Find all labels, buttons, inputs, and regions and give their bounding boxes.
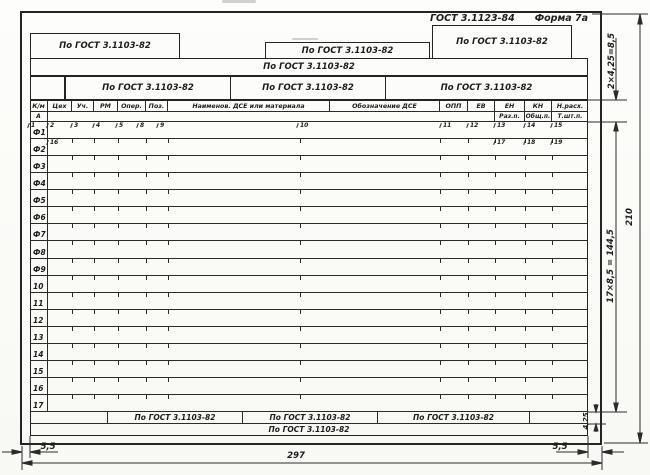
column-tick bbox=[525, 378, 526, 382]
gost-ref-box-bottom-2: По ГОСТ 3.1103-82 bbox=[243, 412, 378, 423]
column-tick bbox=[468, 207, 469, 211]
column-tick bbox=[168, 224, 169, 228]
row-label: Ф7 bbox=[33, 231, 46, 239]
graph-number: 2 bbox=[50, 123, 54, 129]
table-row: Ф4 bbox=[30, 173, 588, 190]
column-tick bbox=[94, 173, 95, 177]
row-label-cell: Ф7 bbox=[30, 224, 48, 240]
column-tick bbox=[495, 241, 496, 245]
column-tick bbox=[118, 156, 119, 160]
column-tick bbox=[468, 139, 469, 143]
column-tick bbox=[525, 224, 526, 228]
column-tick bbox=[94, 327, 95, 331]
column-tick bbox=[146, 378, 147, 382]
column-tick bbox=[440, 310, 441, 314]
row-label: 17 bbox=[33, 402, 43, 410]
graph-number: 12 bbox=[470, 123, 478, 129]
footer-gost-row-1: По ГОСТ 3.1103-82 По ГОСТ 3.1103-82 По Г… bbox=[30, 412, 588, 424]
column-tick bbox=[168, 139, 169, 143]
graph-number: 9 bbox=[160, 123, 164, 129]
column-tick bbox=[440, 276, 441, 280]
column-tick bbox=[118, 395, 119, 399]
gost-ref-box-bottom-3: По ГОСТ 3.1103-82 bbox=[378, 412, 530, 423]
row-label: Ф1 bbox=[33, 129, 46, 137]
row-label: 16 bbox=[33, 385, 43, 393]
column-tick bbox=[72, 259, 73, 263]
column-tick bbox=[146, 327, 147, 331]
graph-number: 3 bbox=[74, 123, 78, 129]
column-tick bbox=[118, 241, 119, 245]
column-tick bbox=[94, 139, 95, 143]
column-tick bbox=[300, 378, 301, 382]
subheader-spacer bbox=[48, 112, 495, 121]
graph-number: 15 bbox=[554, 123, 562, 129]
graph-number: 10 bbox=[300, 123, 308, 129]
column-tick bbox=[525, 361, 526, 365]
column-tick bbox=[118, 276, 119, 280]
row-label-cell: Ф2 bbox=[30, 139, 48, 155]
col-header-naimenov: Наименов. ДСЕ или материала bbox=[168, 101, 330, 111]
gost-ref-box-bottom-full: По ГОСТ 3.1103-82 bbox=[269, 425, 350, 434]
column-tick bbox=[72, 344, 73, 348]
column-tick bbox=[552, 361, 553, 365]
column-tick bbox=[468, 173, 469, 177]
column-tick bbox=[495, 190, 496, 194]
table-row: 14 bbox=[30, 344, 588, 361]
column-tick bbox=[94, 361, 95, 365]
column-tick bbox=[72, 156, 73, 160]
row-label: 12 bbox=[33, 317, 43, 325]
column-tick bbox=[468, 378, 469, 382]
column-tick bbox=[72, 395, 73, 399]
dim-margin-right: 5,5 bbox=[548, 442, 572, 452]
dim-sheet-height: 210 bbox=[625, 201, 635, 233]
column-tick bbox=[552, 310, 553, 314]
table-row: 15 bbox=[30, 361, 588, 378]
subcol-obshp: Общ.п. bbox=[525, 112, 552, 121]
column-tick bbox=[525, 310, 526, 314]
service-row-label: А bbox=[30, 112, 48, 121]
column-tick bbox=[525, 344, 526, 348]
table-row: Ф3 bbox=[30, 156, 588, 173]
table-row: 16 bbox=[30, 378, 588, 395]
row-label: Ф8 bbox=[33, 249, 46, 257]
column-tick bbox=[118, 378, 119, 382]
column-tick bbox=[440, 395, 441, 399]
column-tick bbox=[552, 224, 553, 228]
graph-number: 4 bbox=[96, 123, 100, 129]
table-row: Ф8 bbox=[30, 241, 588, 258]
column-tick bbox=[146, 139, 147, 143]
col-header-en: ЕН bbox=[495, 101, 525, 111]
column-tick bbox=[118, 344, 119, 348]
column-tick bbox=[440, 139, 441, 143]
row-label: 11 bbox=[33, 300, 43, 308]
table-row: 13 bbox=[30, 327, 588, 344]
column-tick bbox=[495, 224, 496, 228]
column-tick bbox=[468, 395, 469, 399]
col-header-km: К/м bbox=[30, 101, 48, 111]
column-tick bbox=[440, 190, 441, 194]
table-row: 17 bbox=[30, 395, 588, 412]
column-tick bbox=[146, 190, 147, 194]
column-tick bbox=[525, 293, 526, 297]
column-tick bbox=[168, 156, 169, 160]
column-tick bbox=[118, 293, 119, 297]
column-tick bbox=[552, 259, 553, 263]
column-tick bbox=[146, 276, 147, 280]
column-tick bbox=[146, 241, 147, 245]
column-tick bbox=[94, 310, 95, 314]
column-tick bbox=[168, 259, 169, 263]
column-tick bbox=[552, 173, 553, 177]
column-tick bbox=[300, 395, 301, 399]
gost-ref-box-bottom-1: По ГОСТ 3.1103-82 bbox=[108, 412, 243, 423]
table-row: Ф9 bbox=[30, 259, 588, 276]
column-tick bbox=[118, 190, 119, 194]
column-tick bbox=[118, 361, 119, 365]
column-tick bbox=[72, 190, 73, 194]
col-header-rm: РМ bbox=[94, 101, 118, 111]
row-label-cell: 15 bbox=[30, 361, 48, 377]
footer-empty-cell-right bbox=[530, 412, 588, 423]
column-tick bbox=[146, 293, 147, 297]
column-tick bbox=[168, 344, 169, 348]
column-tick bbox=[168, 241, 169, 245]
column-tick bbox=[468, 224, 469, 228]
column-tick bbox=[468, 241, 469, 245]
row-label-cell: Ф6 bbox=[30, 207, 48, 223]
scanned-form-sheet: ГОСТ 3.1123-84 Форма 7а По ГОСТ 3.1103-8… bbox=[0, 0, 650, 475]
column-tick bbox=[94, 259, 95, 263]
column-tick bbox=[300, 156, 301, 160]
row-label-cell: Ф9 bbox=[30, 259, 48, 275]
table-row: Ф6 bbox=[30, 207, 588, 224]
form-name: Форма 7а bbox=[535, 13, 588, 24]
column-tick bbox=[495, 259, 496, 263]
gost-ref-box-row3-1: По ГОСТ 3.1103-82 bbox=[65, 76, 231, 100]
gost-ref-box-top-middle: По ГОСТ 3.1103-82 bbox=[265, 42, 430, 59]
gost-ref-box-row2: По ГОСТ 3.1103-82 bbox=[30, 58, 588, 76]
footer-empty-cell-left bbox=[30, 412, 108, 423]
column-tick bbox=[72, 241, 73, 245]
column-tick bbox=[525, 156, 526, 160]
column-tick bbox=[94, 241, 95, 245]
col-header-oboznachenie: Обозначение ДСЕ bbox=[330, 101, 440, 111]
graph-number: 5 bbox=[119, 123, 123, 129]
column-tick bbox=[468, 156, 469, 160]
column-tick bbox=[300, 241, 301, 245]
col-header-oper: Опер. bbox=[118, 101, 146, 111]
column-tick bbox=[72, 378, 73, 382]
gost-ref-box-row3-2: По ГОСТ 3.1103-82 bbox=[230, 76, 386, 100]
column-tick bbox=[300, 310, 301, 314]
column-tick bbox=[552, 327, 553, 331]
column-tick bbox=[440, 241, 441, 245]
column-tick bbox=[440, 344, 441, 348]
column-tick bbox=[118, 327, 119, 331]
row-label: Ф2 bbox=[33, 146, 46, 154]
column-tick bbox=[146, 156, 147, 160]
row-label-cell: 14 bbox=[30, 344, 48, 360]
column-tick bbox=[146, 310, 147, 314]
row-label: Ф6 bbox=[33, 214, 46, 222]
dim-footer-row: 4,25 bbox=[582, 406, 590, 436]
column-tick bbox=[72, 173, 73, 177]
row-label-cell: 11 bbox=[30, 293, 48, 309]
gost-ref-box-row3-3: По ГОСТ 3.1103-82 bbox=[385, 76, 588, 100]
column-tick bbox=[118, 224, 119, 228]
column-tick bbox=[146, 173, 147, 177]
column-tick bbox=[552, 344, 553, 348]
column-tick bbox=[440, 378, 441, 382]
graph-number: 1 bbox=[31, 123, 35, 129]
column-tick bbox=[495, 310, 496, 314]
column-tick bbox=[495, 395, 496, 399]
row-label-cell: Ф3 bbox=[30, 156, 48, 172]
column-tick bbox=[168, 310, 169, 314]
row-label-cell: 12 bbox=[30, 310, 48, 326]
column-tick bbox=[118, 139, 119, 143]
column-tick bbox=[468, 361, 469, 365]
row-label: 13 bbox=[33, 334, 43, 342]
column-tick bbox=[300, 293, 301, 297]
column-tick bbox=[146, 395, 147, 399]
column-tick bbox=[146, 207, 147, 211]
column-tick bbox=[300, 224, 301, 228]
column-tick bbox=[525, 327, 526, 331]
row-label-cell: 16 bbox=[30, 378, 48, 394]
column-tick bbox=[168, 378, 169, 382]
scan-artifact bbox=[292, 38, 318, 40]
column-tick bbox=[72, 207, 73, 211]
column-tick bbox=[525, 276, 526, 280]
column-tick bbox=[94, 344, 95, 348]
dim-header-rows: 2×4,25=8,5 bbox=[607, 21, 617, 101]
column-tick bbox=[300, 344, 301, 348]
column-tick bbox=[495, 344, 496, 348]
column-tick bbox=[552, 378, 553, 382]
graph-number: 16 bbox=[50, 140, 58, 146]
column-tick bbox=[168, 173, 169, 177]
row-label-cell: Ф5 bbox=[30, 190, 48, 206]
column-tick bbox=[552, 241, 553, 245]
column-tick bbox=[72, 361, 73, 365]
column-tick bbox=[440, 156, 441, 160]
column-tick bbox=[118, 310, 119, 314]
column-tick bbox=[300, 259, 301, 263]
column-tick bbox=[468, 190, 469, 194]
column-tick bbox=[468, 259, 469, 263]
column-tick bbox=[168, 207, 169, 211]
column-tick bbox=[300, 327, 301, 331]
column-tick bbox=[118, 259, 119, 263]
graph-number: 19 bbox=[554, 140, 562, 146]
table-row: 11 bbox=[30, 293, 588, 310]
column-tick bbox=[552, 395, 553, 399]
subcol-tshtp: Т.шт.п. bbox=[552, 112, 588, 121]
column-tick bbox=[168, 327, 169, 331]
dim-body-rows: 17×8,5 = 144,5 bbox=[606, 219, 616, 313]
row-label-cell: 17 bbox=[30, 395, 48, 411]
col-header-ev: ЕВ bbox=[468, 101, 495, 111]
gost-ref-box-top-left: По ГОСТ 3.1103-82 bbox=[30, 33, 180, 59]
column-tick bbox=[525, 207, 526, 211]
col-header-ceh: Цех bbox=[48, 101, 72, 111]
column-tick bbox=[300, 139, 301, 143]
column-tick bbox=[300, 361, 301, 365]
column-tick bbox=[495, 207, 496, 211]
row-label: 15 bbox=[33, 368, 43, 376]
row-label-cell: Ф8 bbox=[30, 241, 48, 257]
column-tick bbox=[440, 293, 441, 297]
table-body: Ф1Ф2Ф3Ф4Ф5Ф6Ф7Ф8Ф91011121314151617 bbox=[30, 122, 588, 412]
column-tick bbox=[525, 395, 526, 399]
graph-number: 13 bbox=[497, 123, 505, 129]
column-tick bbox=[300, 190, 301, 194]
graph-number: 14 bbox=[527, 123, 535, 129]
column-tick bbox=[94, 293, 95, 297]
column-tick bbox=[468, 327, 469, 331]
subcol-razp: Раз.п. bbox=[495, 112, 525, 121]
column-tick bbox=[168, 395, 169, 399]
column-tick bbox=[72, 310, 73, 314]
col-header-nrash: Н.расх. bbox=[552, 101, 588, 111]
column-tick bbox=[552, 190, 553, 194]
column-tick bbox=[495, 293, 496, 297]
column-tick bbox=[552, 156, 553, 160]
column-tick bbox=[495, 173, 496, 177]
column-tick bbox=[525, 241, 526, 245]
column-tick bbox=[495, 156, 496, 160]
column-tick bbox=[495, 361, 496, 365]
form-title-bar: ГОСТ 3.1123-84 Форма 7а bbox=[430, 12, 588, 25]
row-label: Ф3 bbox=[33, 163, 46, 171]
column-tick bbox=[440, 361, 441, 365]
column-tick bbox=[94, 207, 95, 211]
table-row: 12 bbox=[30, 310, 588, 327]
gost-ref-box-top-right: По ГОСТ 3.1103-82 bbox=[432, 25, 572, 59]
column-tick bbox=[94, 395, 95, 399]
column-tick bbox=[94, 378, 95, 382]
column-tick bbox=[168, 276, 169, 280]
row-label-cell: 13 bbox=[30, 327, 48, 343]
column-tick bbox=[72, 327, 73, 331]
column-tick bbox=[468, 293, 469, 297]
row-label-cell: Ф4 bbox=[30, 173, 48, 189]
column-tick bbox=[94, 156, 95, 160]
graph-number: 11 bbox=[443, 123, 451, 129]
column-tick bbox=[440, 224, 441, 228]
column-tick bbox=[552, 276, 553, 280]
column-tick bbox=[72, 224, 73, 228]
column-tick bbox=[468, 310, 469, 314]
col-header-uch: Уч. bbox=[72, 101, 94, 111]
col-header-kn: КН bbox=[525, 101, 552, 111]
column-tick bbox=[146, 361, 147, 365]
column-tick bbox=[440, 327, 441, 331]
col-header-opp: ОПП bbox=[440, 101, 468, 111]
column-tick bbox=[118, 173, 119, 177]
column-tick bbox=[146, 224, 147, 228]
column-tick bbox=[94, 190, 95, 194]
dim-sheet-width: 297 bbox=[278, 451, 314, 461]
column-tick bbox=[495, 327, 496, 331]
scan-artifact bbox=[222, 0, 256, 3]
column-tick bbox=[552, 207, 553, 211]
column-tick bbox=[440, 207, 441, 211]
column-tick bbox=[300, 276, 301, 280]
column-tick bbox=[468, 276, 469, 280]
column-tick bbox=[168, 293, 169, 297]
standard-ref: ГОСТ 3.1123-84 bbox=[430, 13, 515, 24]
column-tick bbox=[146, 344, 147, 348]
column-tick bbox=[525, 190, 526, 194]
row-label: 14 bbox=[33, 351, 43, 359]
column-tick bbox=[552, 293, 553, 297]
column-tick bbox=[525, 259, 526, 263]
row-label: Ф9 bbox=[33, 266, 46, 274]
column-tick bbox=[525, 173, 526, 177]
column-tick bbox=[440, 173, 441, 177]
column-tick bbox=[495, 276, 496, 280]
column-tick bbox=[72, 139, 73, 143]
gost-ref-box-row3-empty bbox=[30, 76, 65, 100]
row-label: Ф5 bbox=[33, 197, 46, 205]
row-label: 10 bbox=[33, 283, 43, 291]
column-tick bbox=[300, 173, 301, 177]
column-tick bbox=[168, 361, 169, 365]
column-tick bbox=[468, 344, 469, 348]
column-tick bbox=[72, 293, 73, 297]
column-tick bbox=[72, 276, 73, 280]
row-label-cell: 10 bbox=[30, 276, 48, 292]
dim-margin-left: 5,5 bbox=[36, 442, 60, 452]
column-tick bbox=[440, 259, 441, 263]
col-header-poz: Поз. bbox=[146, 101, 168, 111]
footer-gost-row-2: По ГОСТ 3.1103-82 bbox=[30, 424, 588, 436]
table-row: Ф5 bbox=[30, 190, 588, 207]
column-tick bbox=[94, 224, 95, 228]
graph-number: 8 bbox=[140, 123, 144, 129]
row-label: Ф4 bbox=[33, 180, 46, 188]
column-tick bbox=[300, 207, 301, 211]
table-subheader-row: А Раз.п. Общ.п. Т.шт.п. bbox=[30, 112, 588, 122]
column-tick bbox=[146, 259, 147, 263]
graph-number: 18 bbox=[527, 140, 535, 146]
column-tick bbox=[118, 207, 119, 211]
column-tick bbox=[495, 378, 496, 382]
table-header-row: К/м Цех Уч. РМ Опер. Поз. Наименов. ДСЕ … bbox=[30, 100, 588, 112]
column-tick bbox=[168, 190, 169, 194]
table-row: 10 bbox=[30, 276, 588, 293]
table-row: Ф7 bbox=[30, 224, 588, 241]
column-tick bbox=[94, 276, 95, 280]
graph-number: 17 bbox=[497, 140, 505, 146]
